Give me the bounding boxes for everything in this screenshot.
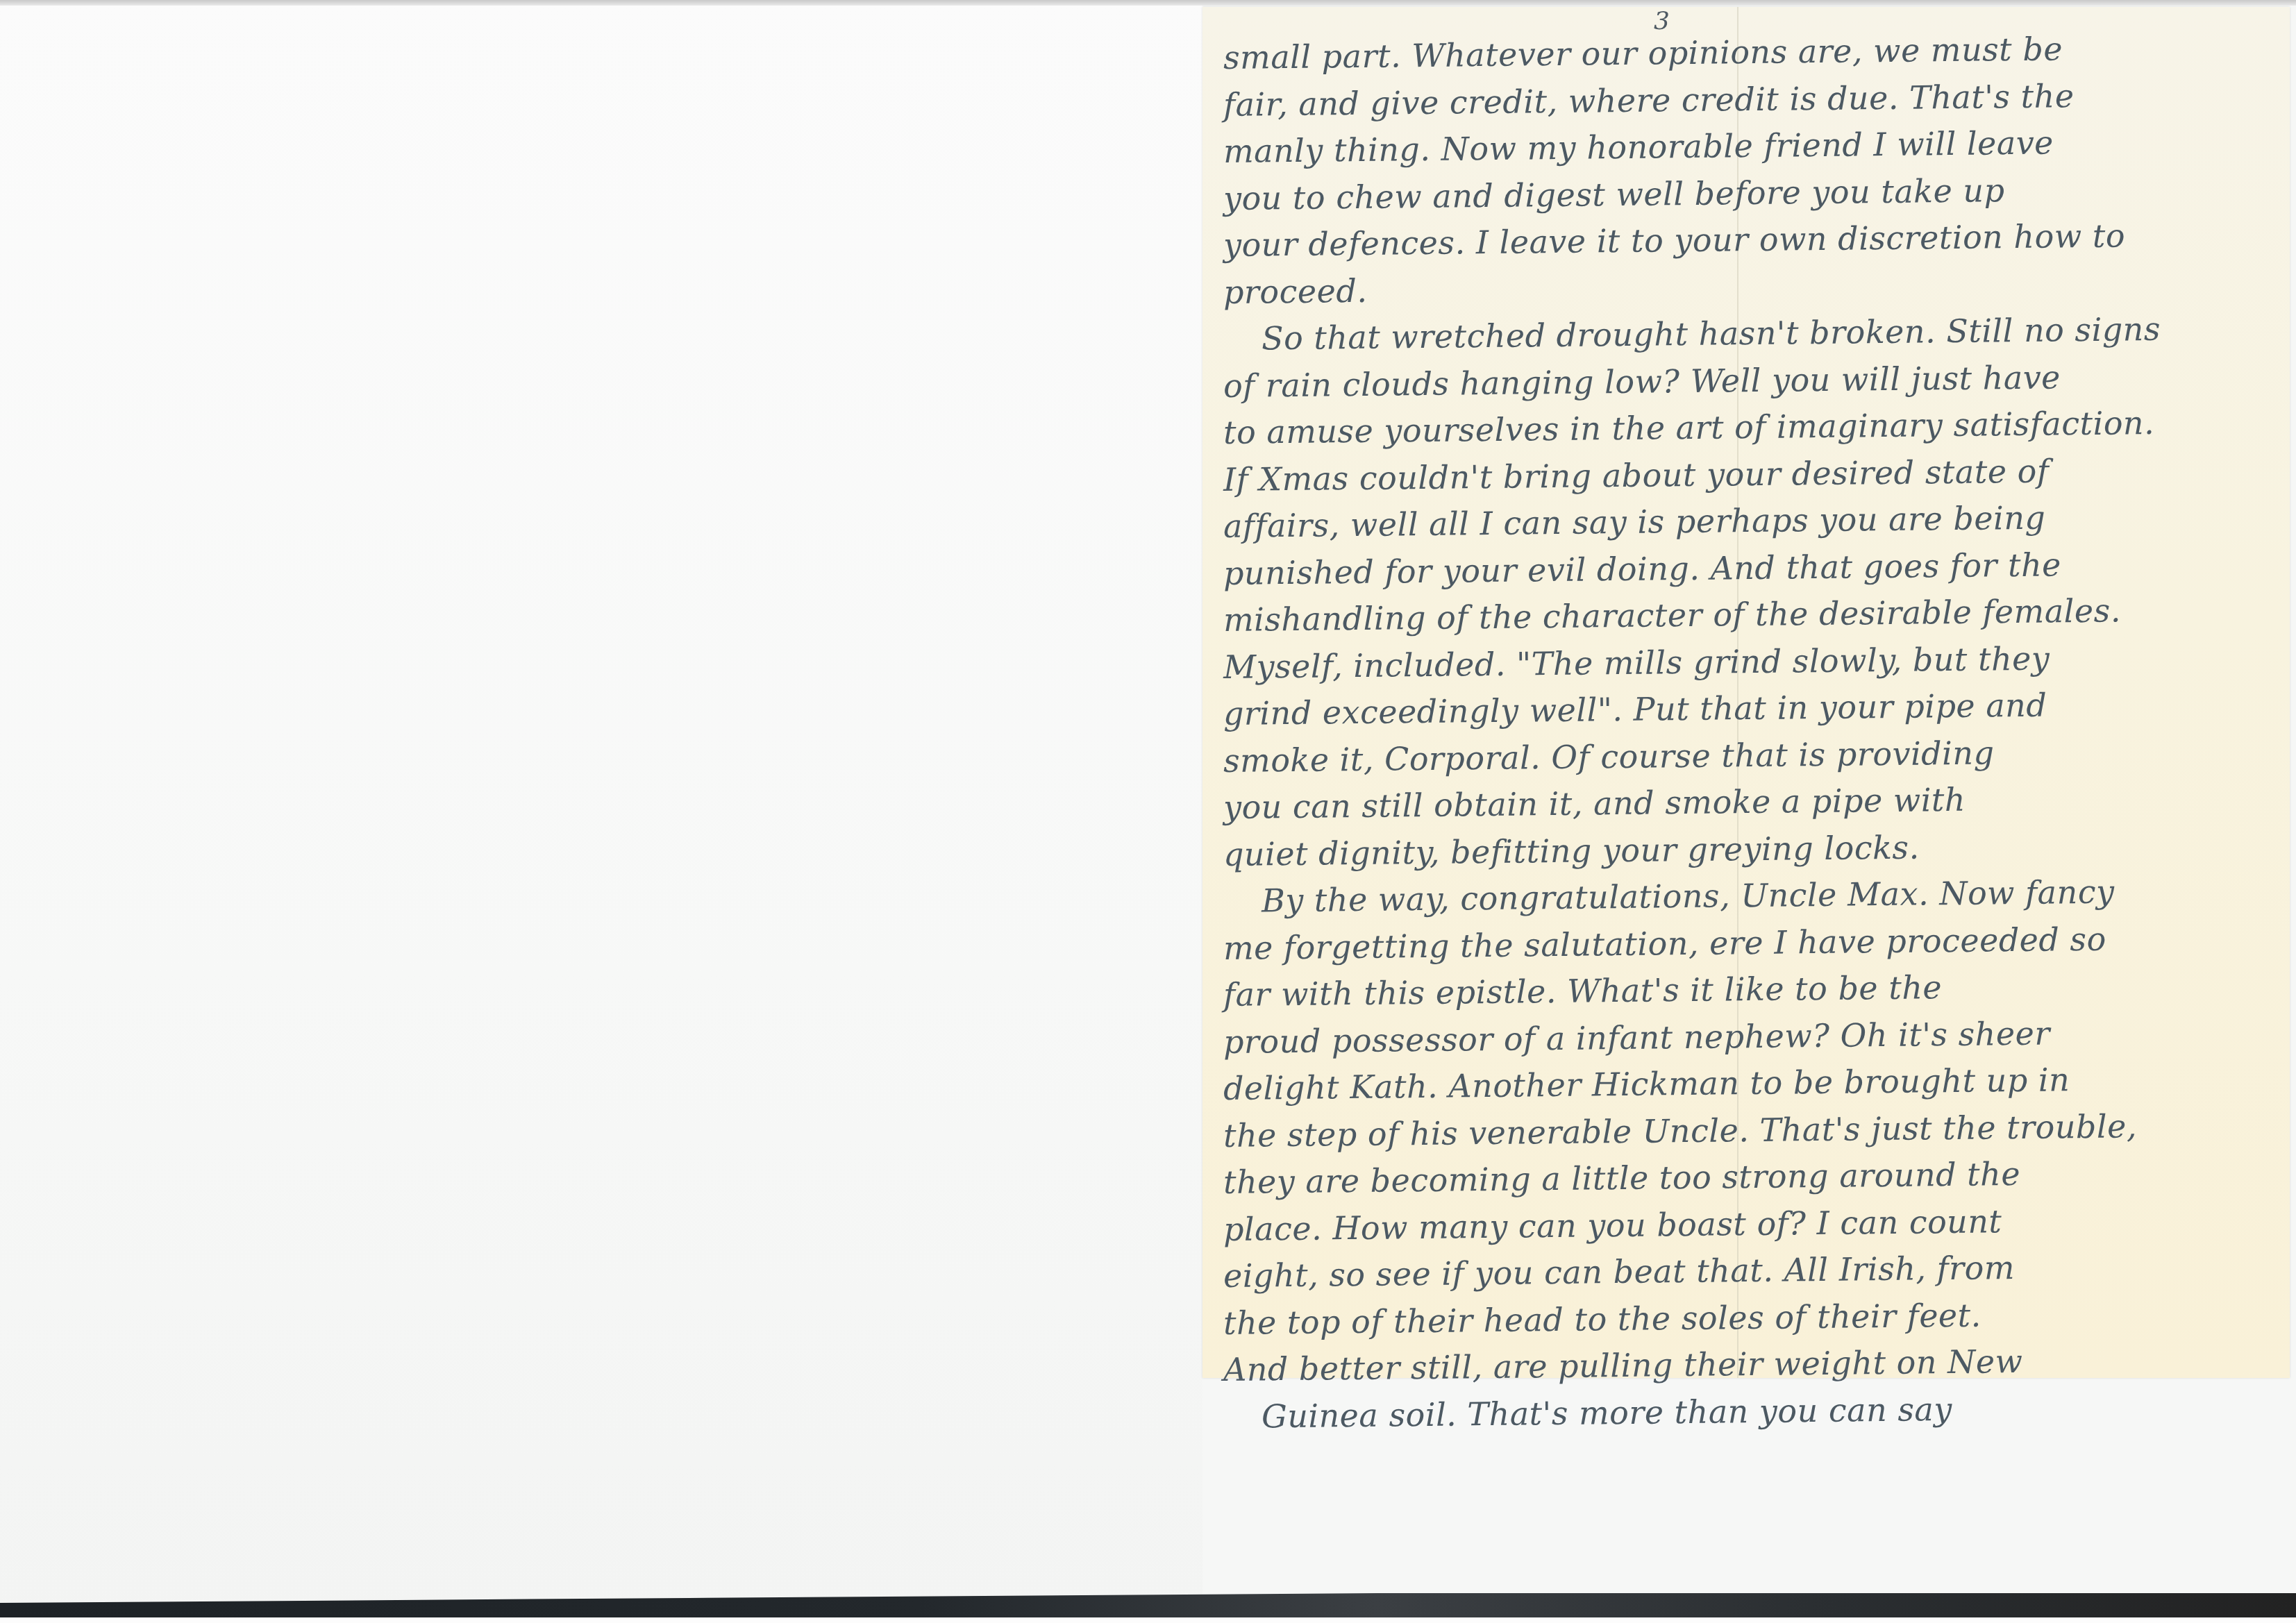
scanner-top-edge (0, 0, 2296, 6)
blank-scan-area (0, 0, 1203, 1623)
letter-page: 3 small part. Whatever our opinions are,… (1203, 7, 2290, 1378)
handwritten-text-body: small part. Whatever our opinions are, w… (1223, 35, 2279, 1440)
scanner-bottom-margin (0, 1617, 2296, 1623)
